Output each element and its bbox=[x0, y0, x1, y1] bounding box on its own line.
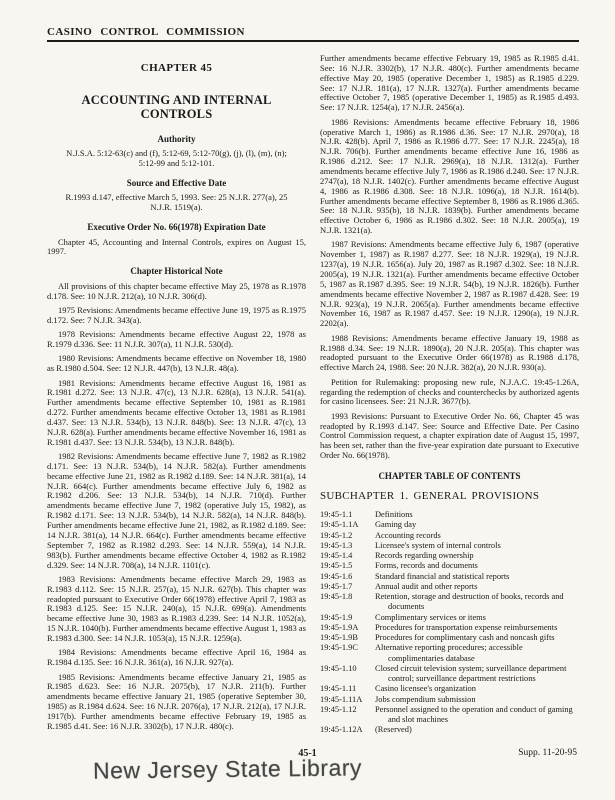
two-column-body: CHAPTER 45 ACCOUNTING AND INTERNAL CONTR… bbox=[47, 54, 579, 736]
toc-number: 19:45-1.1 bbox=[320, 510, 375, 520]
petition-paragraph: Petition for Rulemaking: proposing new r… bbox=[320, 378, 579, 408]
toc-title: Licensee's system of internal controls bbox=[375, 541, 579, 551]
toc-number: 19:45-1.11 bbox=[320, 684, 375, 694]
chapter-title: ACCOUNTING AND INTERNAL CONTROLS bbox=[47, 93, 306, 122]
historical-paragraph: 1981 Revisions: Amendments became effect… bbox=[47, 379, 306, 448]
historical-paragraph: 1986 Revisions: Amendments became effect… bbox=[320, 118, 579, 236]
toc-title: Annual audit and other reports bbox=[375, 582, 579, 592]
toc-row: 19:45-1.3Licensee's system of internal c… bbox=[320, 541, 579, 551]
historical-paragraph: 1982 Revisions: Amendments became effect… bbox=[47, 452, 306, 570]
toc-row: 19:45-1.9CAlternative reporting procedur… bbox=[320, 643, 579, 664]
toc-row: 19:45-1.8Retention, storage and destruct… bbox=[320, 592, 579, 613]
toc-title: Retention, storage and destruction of bo… bbox=[375, 592, 579, 613]
expiration-text: Chapter 45, Accounting and Internal Cont… bbox=[47, 238, 306, 258]
subchapter-heading: SUBCHAPTER 1. GENERAL PROVISIONS bbox=[320, 490, 579, 503]
toc-row: 19:45-1.4Records regarding ownership bbox=[320, 551, 579, 561]
historical-paragraph: 1978 Revisions: Amendments became effect… bbox=[47, 330, 306, 350]
toc-title: Procedures for complimentary cash and no… bbox=[375, 633, 579, 643]
historical-paragraph: 1988 Revisions: Amendments became effect… bbox=[320, 334, 579, 373]
toc-row: 19:45-1.12Personnel assigned to the oper… bbox=[320, 705, 579, 726]
toc-number: 19:45-1.11A bbox=[320, 695, 375, 705]
toc-title: Gaming day bbox=[375, 520, 579, 530]
source-heading: Source and Effective Date bbox=[47, 178, 306, 188]
toc-number: 19:45-1.12 bbox=[320, 705, 375, 726]
toc-number: 19:45-1.9B bbox=[320, 633, 375, 643]
expiration-heading: Executive Order No. 66(1978) Expiration … bbox=[47, 222, 306, 232]
table-of-contents: 19:45-1.1Definitions 19:45-1.1AGaming da… bbox=[320, 510, 579, 736]
toc-row: 19:45-1.9BProcedures for complimentary c… bbox=[320, 633, 579, 643]
historical-note-heading: Chapter Historical Note bbox=[47, 266, 306, 276]
toc-row: 19:45-1.1AGaming day bbox=[320, 520, 579, 530]
toc-number: 19:45-1.9A bbox=[320, 623, 375, 633]
library-stamp: New Jersey State Library bbox=[93, 754, 362, 784]
toc-row: 19:45-1.5Forms, records and documents bbox=[320, 561, 579, 571]
historical-paragraph-continuation: Further amendments became effective Febr… bbox=[320, 54, 579, 113]
historical-paragraph: 1993 Revisions: Pursuant to Executive Or… bbox=[320, 412, 579, 461]
toc-row: 19:45-1.9AProcedures for transportation … bbox=[320, 623, 579, 633]
toc-row: 19:45-1.11AJobs compendium submission bbox=[320, 695, 579, 705]
toc-number: 19:45-1.1A bbox=[320, 520, 375, 530]
toc-row: 19:45-1.11Casino licensee's organization bbox=[320, 684, 579, 694]
toc-title: (Reserved) bbox=[375, 725, 579, 735]
authority-heading: Authority bbox=[47, 134, 306, 144]
toc-title: Procedures for transportation expense re… bbox=[375, 623, 579, 633]
left-column: CHAPTER 45 ACCOUNTING AND INTERNAL CONTR… bbox=[47, 54, 306, 736]
toc-title: Closed circuit television system; survei… bbox=[375, 664, 579, 685]
historical-paragraph: All provisions of this chapter became ef… bbox=[47, 282, 306, 302]
toc-title: Jobs compendium submission bbox=[375, 695, 579, 705]
toc-row: 19:45-1.1Definitions bbox=[320, 510, 579, 520]
toc-row: 19:45-1.12A(Reserved) bbox=[320, 725, 579, 735]
toc-title: Standard financial and statistical repor… bbox=[375, 572, 579, 582]
toc-heading: CHAPTER TABLE OF CONTENTS bbox=[320, 471, 579, 481]
toc-number: 19:45-1.10 bbox=[320, 664, 375, 685]
toc-number: 19:45-1.7 bbox=[320, 582, 375, 592]
toc-title: Casino licensee's organization bbox=[375, 684, 579, 694]
running-header: CASINO CONTROL COMMISSION bbox=[47, 26, 579, 42]
historical-paragraph: 1983 Revisions: Amendments became effect… bbox=[47, 575, 306, 644]
toc-title: Personnel assigned to the operation and … bbox=[375, 705, 579, 726]
toc-number: 19:45-1.9 bbox=[320, 613, 375, 623]
toc-row: 19:45-1.9Complimentary services or items bbox=[320, 613, 579, 623]
toc-title: Accounting records bbox=[375, 531, 579, 541]
toc-number: 19:45-1.9C bbox=[320, 643, 375, 664]
chapter-number: CHAPTER 45 bbox=[47, 62, 306, 75]
document-page: CASINO CONTROL COMMISSION CHAPTER 45 ACC… bbox=[0, 0, 615, 800]
toc-number: 19:45-1.4 bbox=[320, 551, 375, 561]
supplement-label: Supp. 11-20-95 bbox=[518, 748, 577, 758]
toc-title: Alternative reporting procedures; access… bbox=[375, 643, 579, 664]
historical-paragraph: 1975 Revisions: Amendments became effect… bbox=[47, 306, 306, 326]
toc-number: 19:45-1.5 bbox=[320, 561, 375, 571]
authority-text: N.J.S.A. 5:12-63(c) and (f), 5:12-69, 5:… bbox=[59, 149, 295, 169]
toc-number: 19:45-1.8 bbox=[320, 592, 375, 613]
toc-title: Definitions bbox=[375, 510, 579, 520]
toc-title: Records regarding ownership bbox=[375, 551, 579, 561]
toc-number: 19:45-1.6 bbox=[320, 572, 375, 582]
historical-paragraph: 1980 Revisions: Amendments became effect… bbox=[47, 354, 306, 374]
toc-title: Complimentary services or items bbox=[375, 613, 579, 623]
historical-paragraph: 1987 Revisions: Amendments became effect… bbox=[320, 240, 579, 329]
toc-title: Forms, records and documents bbox=[375, 561, 579, 571]
toc-number: 19:45-1.12A bbox=[320, 725, 375, 735]
toc-row: 19:45-1.2Accounting records bbox=[320, 531, 579, 541]
toc-number: 19:45-1.2 bbox=[320, 531, 375, 541]
historical-paragraph: 1985 Revisions: Amendments became effect… bbox=[47, 673, 306, 732]
toc-number: 19:45-1.3 bbox=[320, 541, 375, 551]
right-column: Further amendments became effective Febr… bbox=[320, 54, 579, 736]
historical-paragraph: 1984 Revisions: Amendments became effect… bbox=[47, 648, 306, 668]
toc-row: 19:45-1.7Annual audit and other reports bbox=[320, 582, 579, 592]
toc-row: 19:45-1.10Closed circuit television syst… bbox=[320, 664, 579, 685]
toc-row: 19:45-1.6Standard financial and statisti… bbox=[320, 572, 579, 582]
page-content: CASINO CONTROL COMMISSION CHAPTER 45 ACC… bbox=[47, 26, 579, 736]
source-text: R.1993 d.147, effective March 5, 1993. S… bbox=[59, 193, 295, 213]
